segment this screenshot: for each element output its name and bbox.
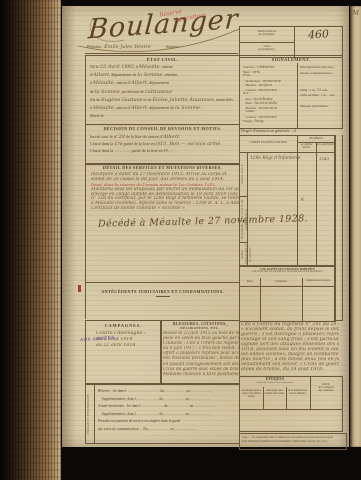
matricule-label: Numéro matricule du recrutement : xyxy=(240,30,294,36)
prenoms-row: Prénoms : Émile Jules Désiré Surnom : xyxy=(85,44,238,54)
etat-civil-lines: Né le 22 Avril 1892, à Méaulte, cantond’… xyxy=(90,64,239,113)
decision-conseil-section: DÉCISION DU CONSEIL DE REVISION ET MOTIF… xyxy=(85,124,240,165)
next-page-edge: M xyxy=(350,6,361,447)
signalement-title: SIGNALEMENT. xyxy=(240,57,342,62)
decision-title: DÉCISION DU CONSEIL DE REVISION ET MOTIF… xyxy=(86,126,239,131)
book-spine xyxy=(0,0,61,480)
register-page: Boulanger Réservé Agriculture Numéro mat… xyxy=(62,6,349,447)
side-armee-active: Armée active. xyxy=(240,152,247,197)
scanned-register-sheet: M Boulanger Réservé Agriculture Numéro m… xyxy=(0,0,361,480)
matricule-box: Numéro matricule du recrutement : 460 Cl… xyxy=(239,26,343,58)
corps-entry-number: 1543 xyxy=(319,156,329,161)
numeros-sub-2: de la subdivision. xyxy=(316,143,335,146)
localites-col-subdivisions: Subdivisions de région. xyxy=(302,279,335,282)
prenoms-label: Prénoms : xyxy=(87,44,103,49)
epoques-col-2: du passage dans l'armée territoriale. xyxy=(263,389,286,395)
periodes-side-label: PÉRIODES D'EXERCICES xyxy=(86,385,95,443)
campagnes-section: CAMPAGNES. Contre l'Allemagne :du 2 août… xyxy=(85,320,162,384)
blessures-title-2: DÉCORATIONS, ETC. xyxy=(161,326,239,330)
signalement-right-panel: Renseignements physiono-miques complémen… xyxy=(297,63,344,129)
matricule-value: 460 xyxy=(308,27,330,41)
decision-lines: Inscrit sous le n° 28 de la liste du can… xyxy=(90,134,239,156)
periodes-rows: Réserve. 1re dans l………………………, du……………… a… xyxy=(98,389,236,435)
signalement-section: SIGNALEMENT. Cheveux : châtainsYeux : gr… xyxy=(239,55,343,129)
corps-stray-number: 4 xyxy=(301,198,304,203)
antecedents-title: ANTÉCÉDENTS JUDICIAIRES ET CONDAMNATIONS… xyxy=(86,289,239,294)
localites-col-dates: Dates. xyxy=(240,280,260,283)
side-armee-territoriale: Armée territoriale et sa réserve. xyxy=(240,242,247,266)
marie-label: Marié le xyxy=(90,113,239,118)
localites-col-communes: Communes. xyxy=(260,280,302,283)
classe-mobilisation-label: Classe de mobilisation : xyxy=(240,45,294,51)
services-lines: Incorporé à dater du 27 novembre 1913. A… xyxy=(91,172,239,211)
epoques-col-1: du passage dans la réserve de l'armée ac… xyxy=(240,389,263,399)
epoques-col-3: de la libération du service militaire. xyxy=(286,389,309,395)
citation-paragraph: Cité à l'ordre du régiment n° 241 du 28 … xyxy=(241,322,339,372)
etat-civil-section: ÉTAT CIVIL. Né le 22 Avril 1892, à Méaul… xyxy=(85,55,240,125)
services-section: DÉTAIL DES SERVICES ET MUTATIONS DIVERSE… xyxy=(85,163,240,283)
numeros-header: NUMÉROS xyxy=(297,137,335,140)
antecedents-underline xyxy=(156,295,170,297)
red-margin-mark xyxy=(78,285,81,292)
side-disponibilite-reserve: Disponibilité et réserve de l'armée acti… xyxy=(240,196,247,243)
campagnes-title: CAMPAGNES. xyxy=(86,323,161,328)
blessures-section: BLESSURES, CITATIONS, DÉCORATIONS, ETC. … xyxy=(160,320,240,384)
surnom-label: Surnom : xyxy=(166,44,181,49)
services-title: DÉTAIL DES SERVICES ET MUTATIONS DIVERSE… xyxy=(86,165,239,170)
numeros-sub-1: au contrôle spécial. xyxy=(297,143,316,149)
degre-instruction-line: Degré d'instruction générale : 3 xyxy=(241,128,341,134)
localites-title-2: PAR SUITE DES CHANGEMENTS DE DOMICILE OU… xyxy=(240,271,335,274)
corps-affectation-table: CORPS D'AFFECTATION. NUMÉROS au contrôle… xyxy=(239,135,336,267)
epoques-date-col: DATE de la radiation des contrôles. xyxy=(310,383,342,393)
corps-entry: 128e Régt d'Infanterie xyxy=(250,156,300,161)
epoques-table: ÉPOQUES (à inscrire d'avance avec crayon… xyxy=(239,376,343,432)
epoques-subtitle: (à inscrire d'avance avec crayon noir.) xyxy=(240,381,310,384)
localites-table: LOCALITÉS SUCCESSIVES HABITÉES PAR SUITE… xyxy=(239,265,336,322)
nota-footnote: Nota. — Ne comprendre dans ce tableau qu… xyxy=(239,433,347,450)
periodes-table: PÉRIODES D'EXERCICES Réserve. 1re dans l… xyxy=(85,384,240,444)
corps-header: CORPS D'AFFECTATION. xyxy=(240,141,297,144)
pencil-mark-m: M xyxy=(352,9,359,17)
etat-civil-title: ÉTAT CIVIL. xyxy=(86,57,239,62)
blessures-lines: Blessé le 25 juin 1915 au bois de Mérico… xyxy=(163,331,239,377)
signalement-fields: Cheveux : châtainsYeux : grisFront : Inc… xyxy=(243,64,296,123)
prenoms-value: Émile Jules Désiré xyxy=(104,44,151,50)
antecedents-section: ANTÉCÉDENTS JUDICIAIRES ET CONDAMNATIONS… xyxy=(85,281,240,319)
